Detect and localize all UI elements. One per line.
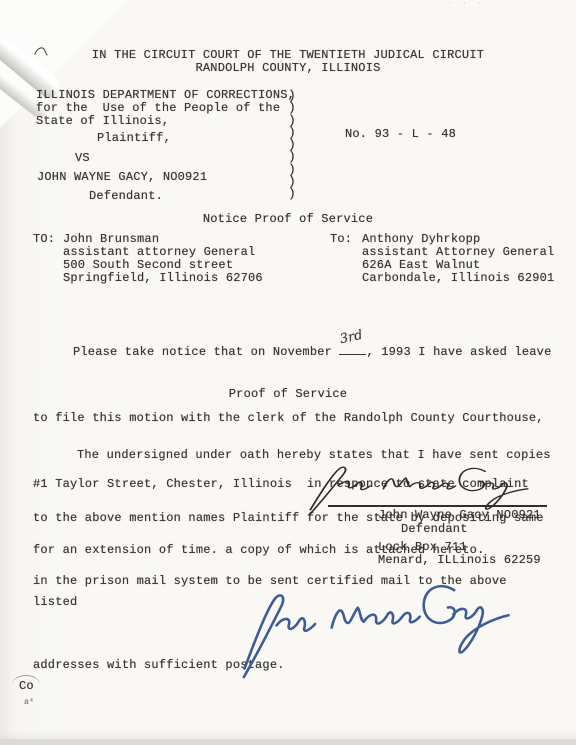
scan-edge-strip bbox=[0, 739, 576, 745]
case-number: No. 93 - L - 48 bbox=[345, 128, 456, 141]
defendant-role-label: Defendant. bbox=[89, 190, 163, 203]
defendant-name: JOHN WAYNE GACY, NO0921 bbox=[37, 171, 207, 184]
scan-noise-speckles: · · · bbox=[448, 0, 484, 8]
footer-mark-co: Co bbox=[19, 680, 34, 693]
recipient-left-city: Springfield, Illinois 62706 bbox=[63, 272, 263, 285]
court-header-line2: RANDOLPH COUNTY, ILLINOIS bbox=[0, 62, 576, 75]
recipient-right-city: Carbondale, Illinois 62901 bbox=[362, 272, 554, 285]
date-blank-line: 3rd bbox=[339, 342, 366, 355]
handwritten-date: 3rd bbox=[338, 325, 365, 351]
notice-body-line1-pre: Please take notice that on November bbox=[73, 345, 339, 359]
plaintiff-role-label: Plaintiff, bbox=[97, 132, 171, 145]
signature-line bbox=[328, 505, 547, 507]
notice-body-line1: Please take notice that on November 3rd,… bbox=[33, 341, 553, 363]
notice-title: Notice Proof of Service bbox=[0, 213, 576, 226]
plaintiff-name: ILLINOIS DEPARTMENT OF CORRECTIONS, for … bbox=[36, 89, 295, 128]
notice-body-line1-post: , 1993 I have asked leave bbox=[366, 345, 551, 359]
signer-address-line2: Menard, ILLinois 62259 bbox=[378, 554, 541, 567]
caption-brace-column: ) ) ) ) ) ) ) ) ) bbox=[288, 90, 296, 201]
scan-edge-shadow bbox=[0, 729, 576, 739]
signer-typed-name: John Wayne Gacy NO0921 bbox=[378, 509, 541, 522]
signer-role: Defendant bbox=[401, 523, 468, 536]
proof-title: Proof of Service bbox=[0, 388, 576, 401]
footer-mark-small: a⁴ bbox=[24, 696, 34, 709]
scanned-legal-document: { "document": { "court_header": { "line1… bbox=[0, 0, 576, 745]
recipient-right-label: To: bbox=[330, 233, 352, 246]
versus-label: VS bbox=[75, 152, 90, 165]
recipient-left-label: TO: bbox=[33, 233, 55, 246]
